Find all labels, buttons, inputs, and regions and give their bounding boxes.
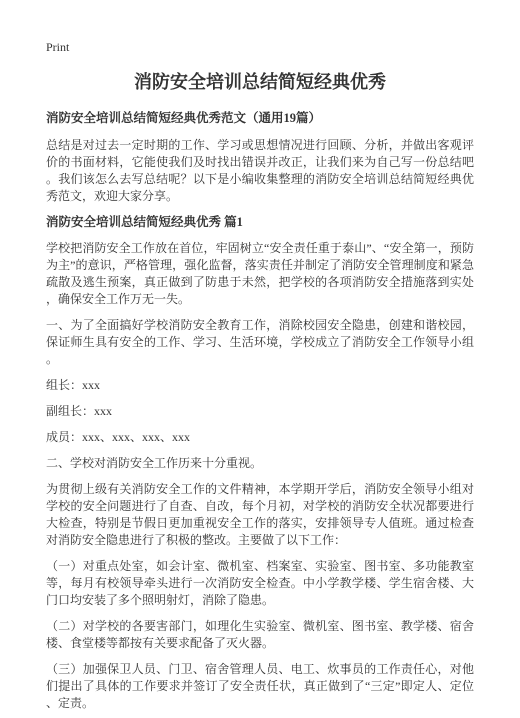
section-heading: 消防安全培训总结简短经典优秀 篇1 xyxy=(46,214,474,231)
paragraph: 副组长：xxx xyxy=(46,403,474,420)
document-page: Print 消防安全培训总结简短经典优秀 消防安全培训总结简短经典优秀范文（通用… xyxy=(0,0,520,718)
print-button[interactable]: Print xyxy=(46,40,69,54)
paragraph: 总结是对过去一定时期的工作、学习或思想情况进行回顾、分析，并做出客观评价的书面材… xyxy=(46,137,474,205)
paragraph: （二）对学校的各要害部门，如理化生实验室、微机室、图书室、教学楼、宿舍楼、食堂楼… xyxy=(46,618,474,652)
paragraph: 成员：xxx、xxx、xxx、xxx xyxy=(46,429,474,446)
article-body: 总结是对过去一定时期的工作、学习或思想情况进行回顾、分析，并做出客观评价的书面材… xyxy=(46,137,474,712)
paragraph: （三）加强保卫人员、门卫、宿舍管理人员、电工、炊事员的工作责任心，对他们提出了具… xyxy=(46,661,474,712)
paragraph: 组长：xxx xyxy=(46,377,474,394)
article-subtitle: 消防安全培训总结简短经典优秀范文（通用19篇） xyxy=(46,110,474,126)
paragraph: 学校把消防安全工作放在首位，牢固树立“安全责任重于泰山”、“安全第一，预防为主”… xyxy=(46,240,474,308)
paragraph: 为贯彻上级有关消防安全工作的文件精神，本学期开学后，消防安全领导小组对学校的安全… xyxy=(46,481,474,549)
paragraph: 一、为了全面搞好学校消防安全教育工作，消除校园安全隐患，创建和谐校园，保证师生具… xyxy=(46,317,474,368)
paragraph: 二、学校对消防安全工作历来十分重视。 xyxy=(46,455,474,472)
page-title: 消防安全培训总结简短经典优秀 xyxy=(46,70,474,94)
paragraph: （一）对重点处室，如会计室、微机室、档案室、实验室、图书室、多功能教室等，每月有… xyxy=(46,558,474,609)
